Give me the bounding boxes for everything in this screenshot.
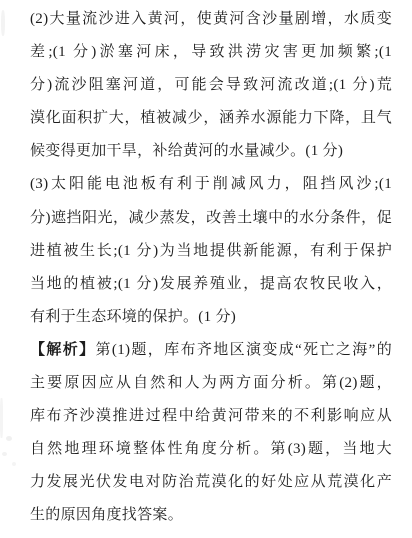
answer2-line: (2)大量流沙进入黄河，使黄河含沙量剧增，水质变 [30,3,392,36]
analysis-line: 力发展光伏发电对防治荒漠化的好处应从荒漠化产 [30,466,392,499]
text-block: (2)大量流沙进入黄河，使黄河含沙量剧增，水质变 差;(1 分)淤塞河床，导致洪… [30,3,392,533]
analysis-line: 【解析】第(1)题，库布齐地区演变成“死亡之海”的 [30,334,392,367]
analysis-line: 自然地理环境整体性角度分析。第(3)题，当地大 [30,433,392,466]
answer3-line: 当地的植被;(1 分)发展养殖业，提高农牧民收入， [30,268,392,301]
answer3-line: 分)遮挡阳光，减少蒸发，改善土壤中的水分条件，促 [30,202,392,235]
analysis-line-text: 第(1)题，库布齐地区演变成“死亡之海”的 [96,342,393,358]
answer2-line: 分)流沙阻塞河道，可能会导致河流改道;(1 分)荒 [30,69,392,102]
scan-artifact [2,452,7,456]
analysis-line: 生的原因角度找答案。 [30,499,392,532]
scan-artifact [12,462,16,466]
analysis-label: 【解析】 [30,342,96,358]
scan-artifact [1,10,5,36]
answer2-line: 候变得更加干旱，补给黄河的水量减少。(1 分) [30,135,392,168]
answer2-line: 差;(1 分)淤塞河床，导致洪涝灾害更加频繁;(1 [30,36,392,69]
scan-artifact [6,436,12,441]
answer3-line: (3)太阳能电池板有利于削减风力，阻挡风沙;(1 [30,168,392,201]
document-page: (2)大量流沙进入黄河，使黄河含沙量剧增，水质变 差;(1 分)淤塞河床，导致洪… [0,0,412,538]
scan-artifact [0,398,3,438]
analysis-line: 库布齐沙漠推进过程中给黄河带来的不利影响应从 [30,400,392,433]
analysis-line: 主要原因应从自然和人为两方面分析。第(2)题， [30,367,392,400]
answer2-line: 漠化面积扩大，植被减少，涵养水源能力下降，且气 [30,102,392,135]
answer3-line: 进植被生长;(1 分)为当地提供新能源，有利于保护 [30,235,392,268]
answer3-line: 有利于生态环境的保护。(1 分) [30,301,392,334]
